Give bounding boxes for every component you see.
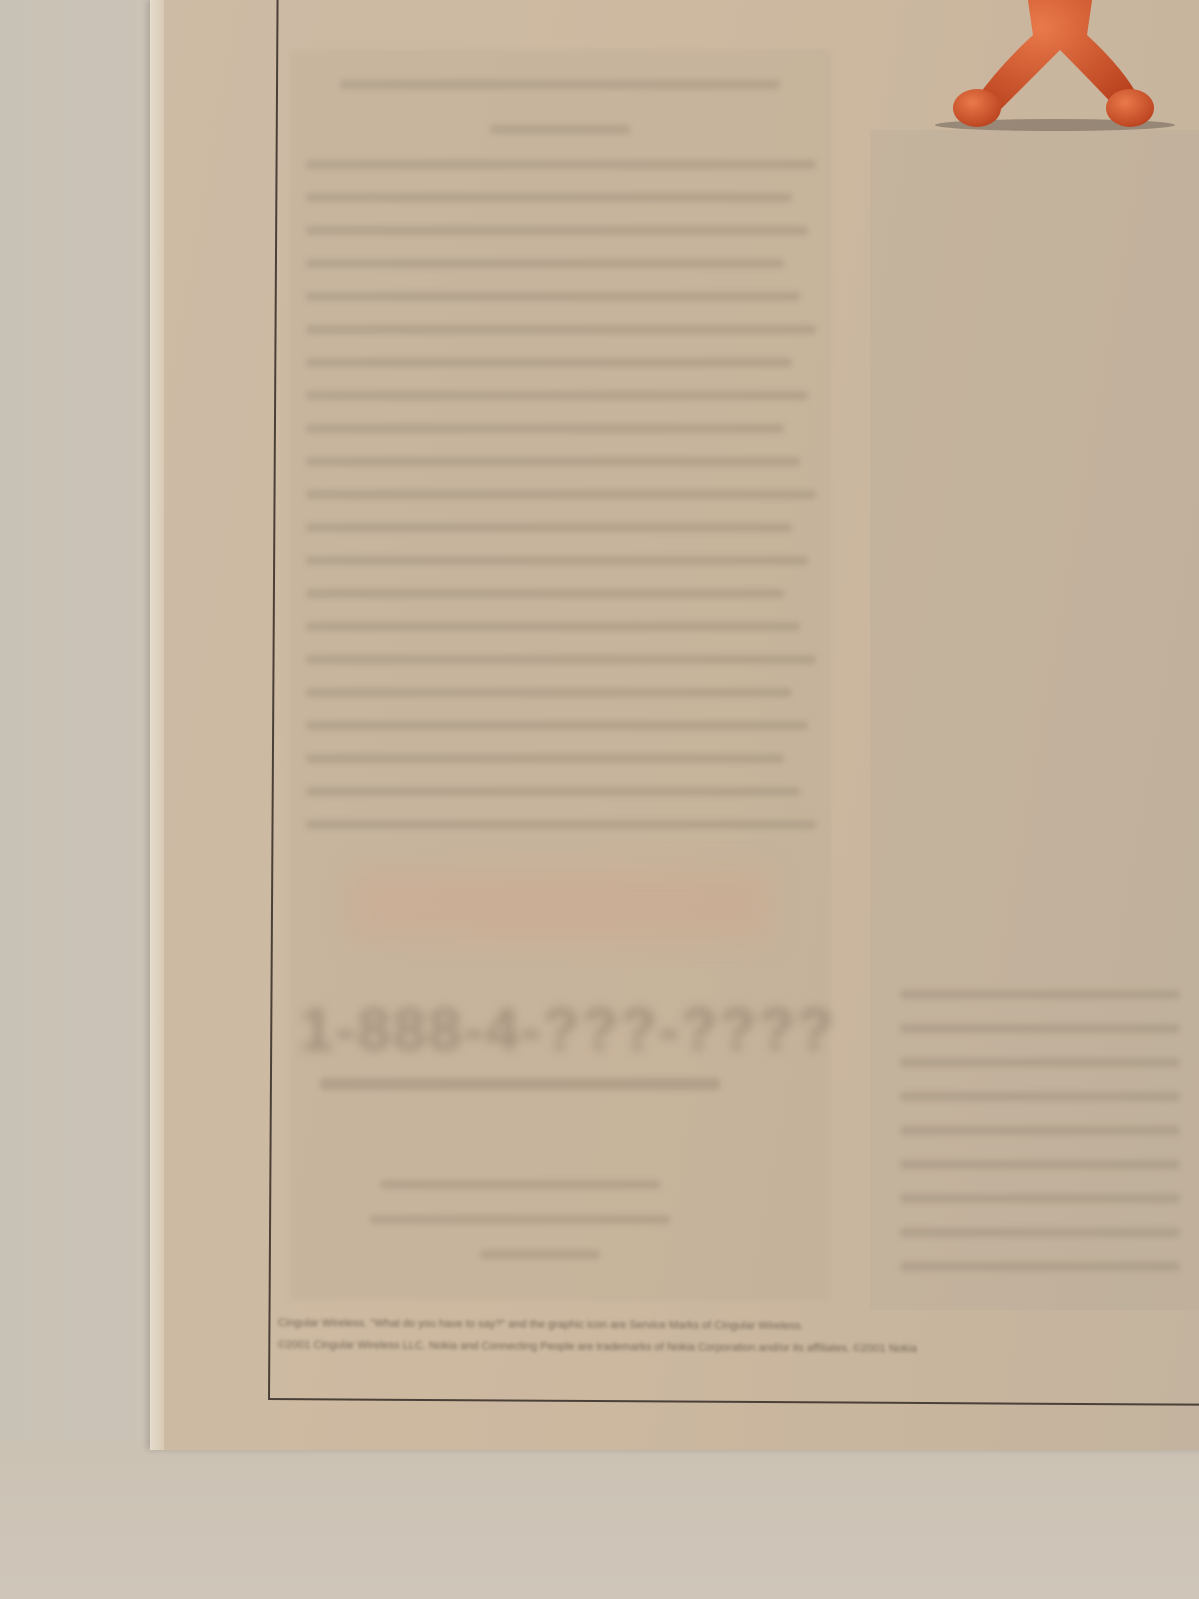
blurred-text-line bbox=[306, 358, 792, 367]
blurred-text-line bbox=[306, 589, 784, 598]
blurred-text-line bbox=[900, 1058, 1180, 1067]
blurred-text-line bbox=[306, 226, 808, 235]
blurred-text-line bbox=[306, 787, 800, 796]
blurred-text-line bbox=[306, 325, 816, 334]
blurred-text-line bbox=[306, 457, 800, 466]
blurred-text-line bbox=[340, 80, 780, 89]
blurred-text-line bbox=[900, 1092, 1180, 1101]
blurred-text-line bbox=[480, 1250, 600, 1259]
blurred-text-line bbox=[306, 754, 784, 763]
blurred-text-line bbox=[306, 655, 816, 664]
table-surface-left bbox=[0, 0, 160, 1599]
blurred-text-line bbox=[306, 160, 816, 169]
blurred-text-line bbox=[306, 556, 808, 565]
blurred-text-line bbox=[306, 490, 816, 499]
highlight-band bbox=[350, 870, 770, 940]
blurred-text-line bbox=[900, 1160, 1180, 1169]
blurred-text-line bbox=[900, 1194, 1180, 1203]
blurred-text-line bbox=[306, 721, 808, 730]
blurred-text-line bbox=[370, 1215, 670, 1224]
blurred-text-line bbox=[900, 990, 1180, 999]
blurred-text-line bbox=[306, 259, 784, 268]
blurred-text-line bbox=[900, 1024, 1180, 1033]
blurred-text-line bbox=[306, 391, 808, 400]
blurred-text-line bbox=[306, 622, 800, 631]
blurred-text-line bbox=[490, 125, 630, 134]
orange-jack-figure-icon bbox=[925, 0, 1185, 140]
blurred-text-line bbox=[380, 1180, 660, 1189]
blurred-text-line bbox=[306, 688, 792, 697]
blurred-text-line bbox=[306, 193, 792, 202]
legal-footer: Cingular Wireless. "What do you have to … bbox=[278, 1312, 917, 1360]
page-edge bbox=[150, 0, 164, 1450]
blurred-text-line bbox=[900, 1228, 1180, 1237]
blurred-text-line bbox=[900, 1126, 1180, 1135]
blurred-text-line bbox=[900, 1262, 1180, 1271]
blurred-text-line bbox=[306, 292, 800, 301]
blurred-text-line bbox=[306, 820, 816, 829]
phone-caption bbox=[320, 1078, 720, 1090]
footer-line-2: ©2001 Cingular Wireless LLC. Nokia and C… bbox=[278, 1334, 917, 1360]
phone-number: 1-888-4-???-???? bbox=[300, 995, 835, 1064]
main-text-column bbox=[290, 50, 830, 1300]
blurred-text-line bbox=[306, 523, 792, 532]
table-surface-bottom bbox=[0, 1440, 1199, 1599]
blurred-text-line bbox=[306, 424, 784, 433]
